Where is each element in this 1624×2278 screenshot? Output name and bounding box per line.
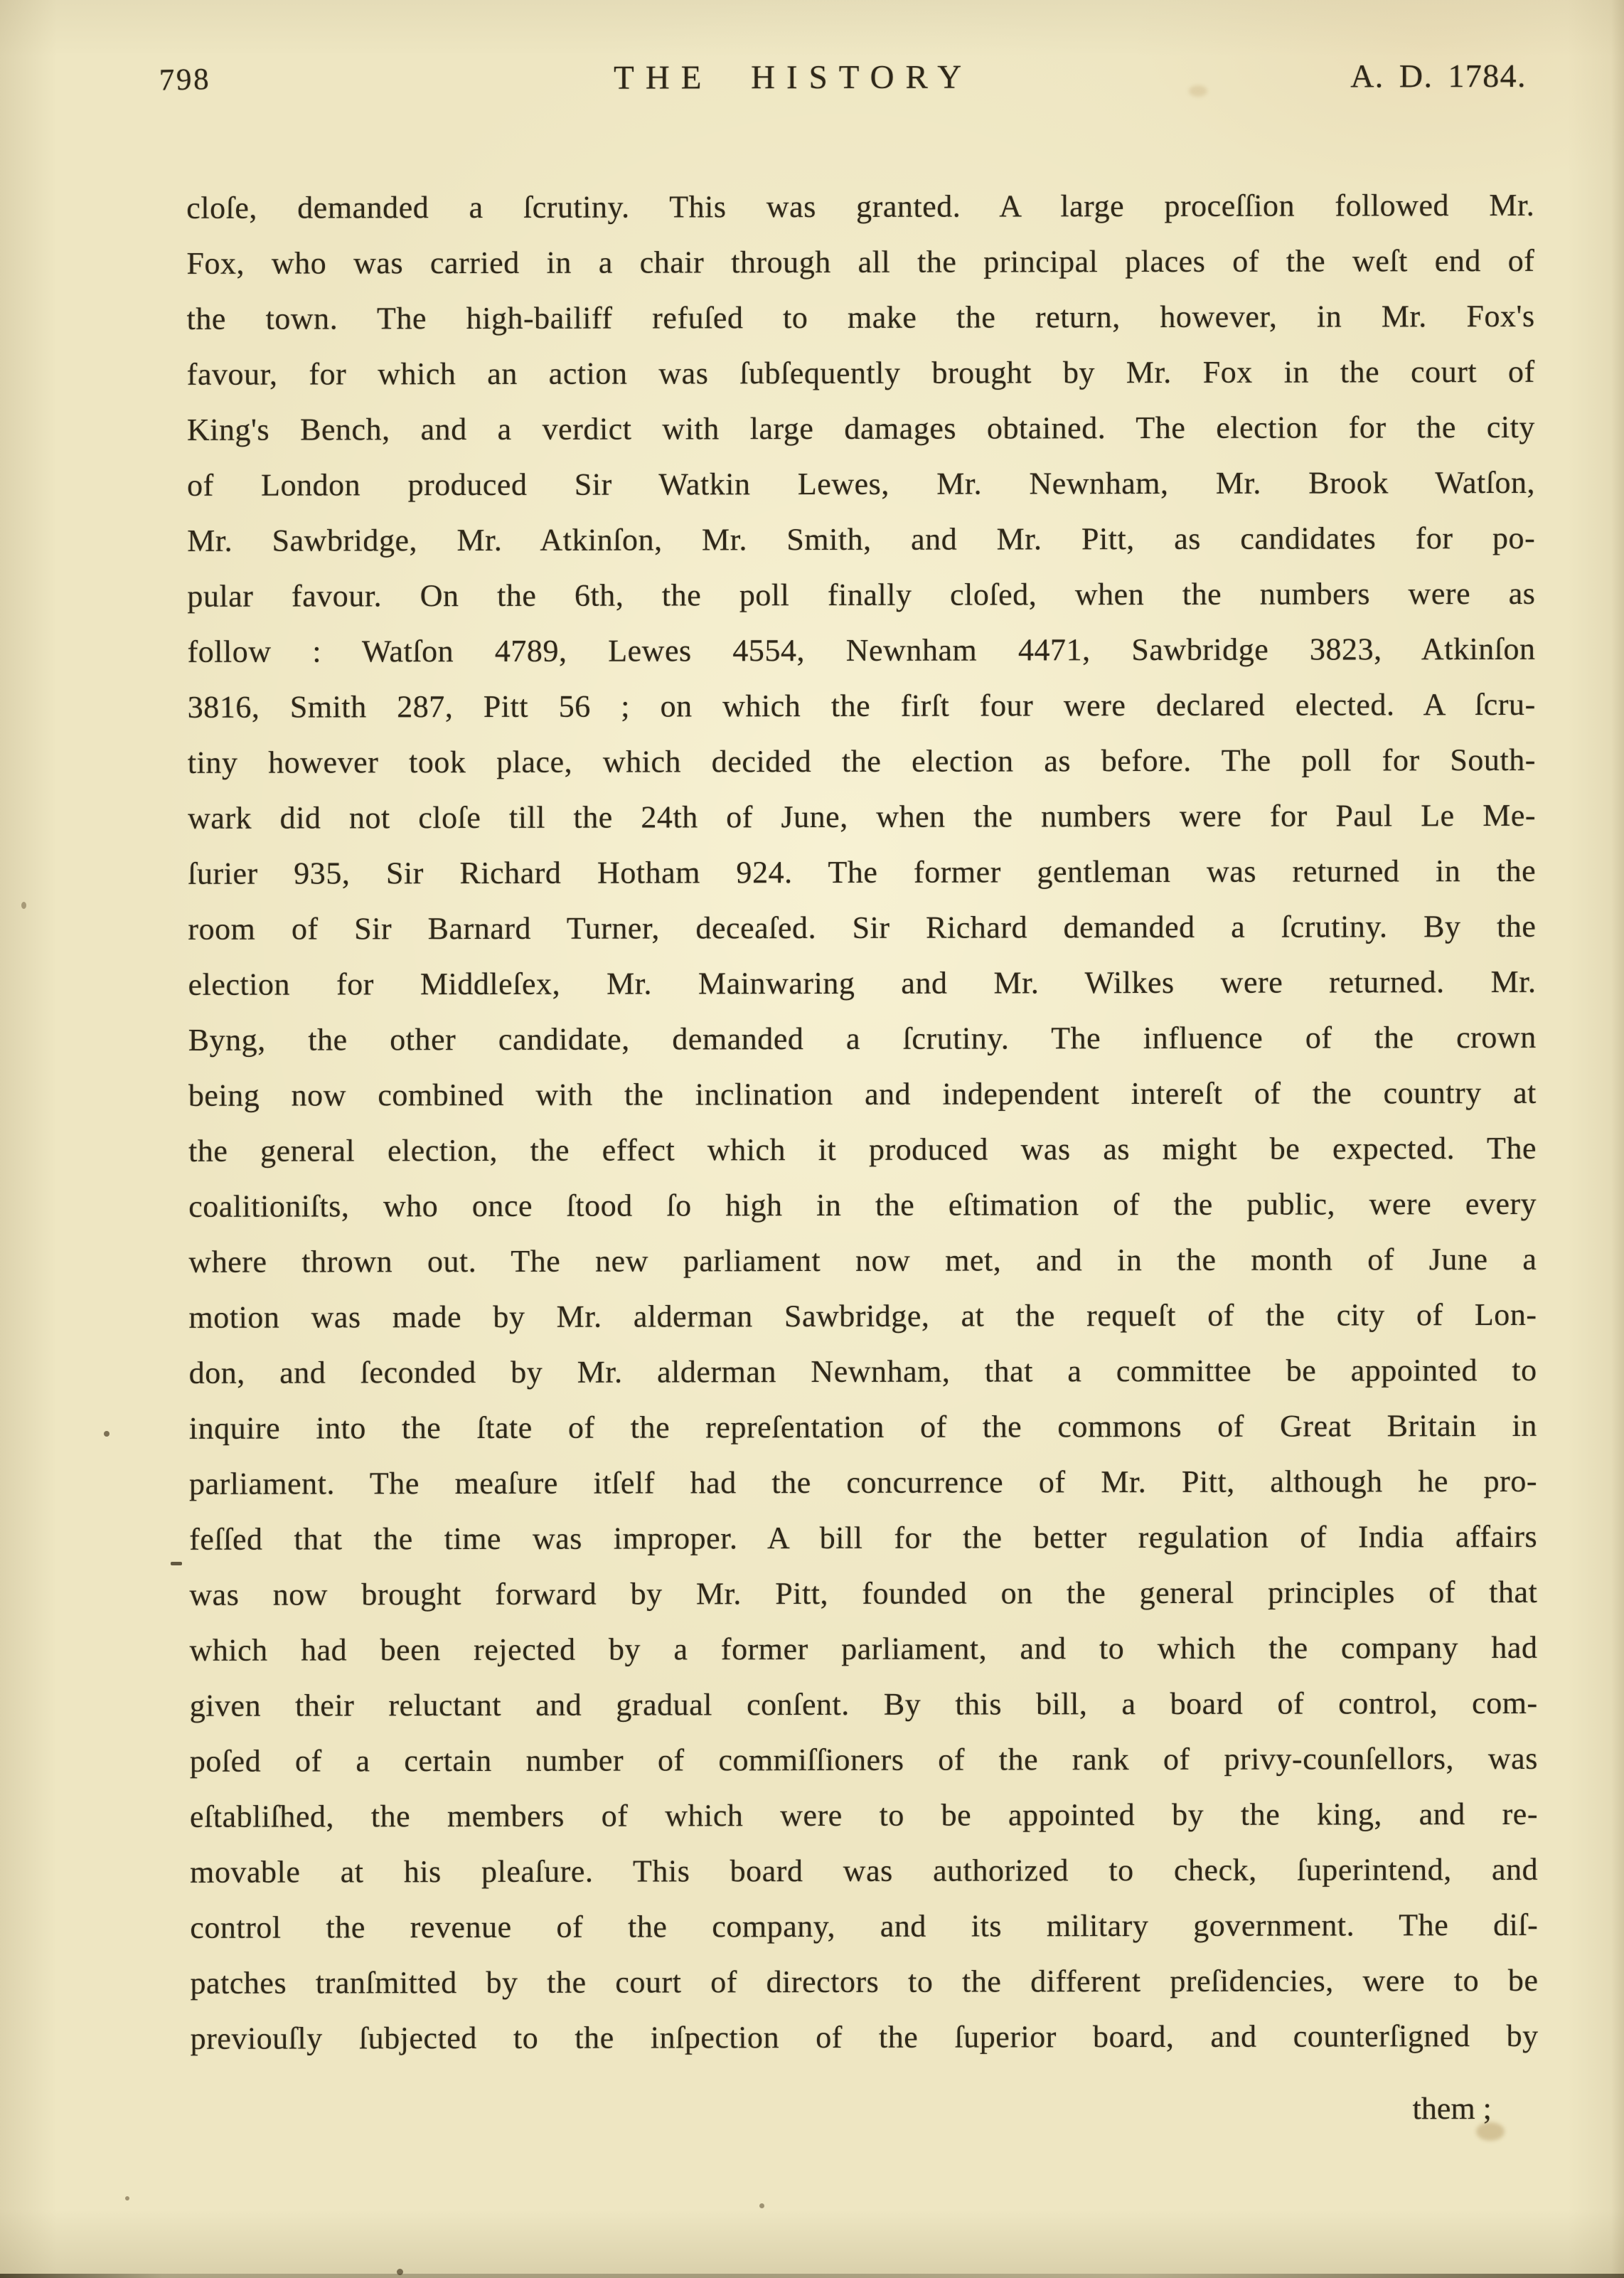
body-text-line: poſed of a certain number of commiſſione… <box>190 1731 1538 1789</box>
body-text-line: election for Middleſex, Mr. Mainwaring a… <box>188 954 1536 1013</box>
body-text-line: which had been rejected by a former parl… <box>189 1620 1537 1678</box>
body-text-line: cloſe, demanded a ſcrutiny. This was gra… <box>186 178 1534 236</box>
body-text-line: the town. The high-bailiff refuſed to ma… <box>187 289 1535 347</box>
body-text-line: being now combined with the inclination … <box>188 1065 1537 1124</box>
body-text-line: favour, for which an action was ſubſeque… <box>187 344 1535 403</box>
body-text-line: Mr. Sawbridge, Mr. Atkinſon, Mr. Smith, … <box>187 511 1535 569</box>
body-text-line: 3816, Smith 287, Pitt 56 ; on which the … <box>188 677 1536 735</box>
scan-edge-shadow <box>1611 0 1624 2278</box>
page-number: 798 <box>159 62 210 98</box>
body-text-line: follow : Watſon 4789, Lewes 4554, Newnha… <box>187 622 1535 680</box>
page-content: 798 THE HISTORY A. D. 1784. cloſe, deman… <box>0 0 1624 2278</box>
body-text-line: of London produced Sir Watkin Lewes, Mr.… <box>187 455 1535 513</box>
scan-bottom-edge <box>0 2274 1624 2278</box>
body-text-line: tiny however took place, which decided t… <box>188 733 1536 791</box>
body-text-line: was now brought forward by Mr. Pitt, fou… <box>189 1565 1537 1623</box>
running-title: THE HISTORY <box>614 58 973 97</box>
catchword: them ; <box>1413 2091 1492 2126</box>
body-text-line: King's Bench, and a verdict with large d… <box>187 400 1535 458</box>
body-text-line: ſurier 935, Sir Richard Hotham 924. The … <box>188 843 1536 902</box>
body-text-line: parliament. The meaſure itſelf had the c… <box>189 1454 1537 1512</box>
book-page-scan: 798 THE HISTORY A. D. 1784. cloſe, deman… <box>0 0 1624 2278</box>
body-text-line: motion was made by Mr. alderman Sawbridg… <box>188 1287 1537 1346</box>
body-text-line: inquire into the ſtate of the repreſenta… <box>189 1398 1537 1457</box>
body-text-line: Fox, who was carried in a chair through … <box>186 233 1534 292</box>
page-header: 798 THE HISTORY A. D. 1784. <box>159 57 1527 105</box>
header-date: A. D. 1784. <box>1350 57 1527 95</box>
body-text-line: Byng, the other candidate, demanded a ſc… <box>188 1010 1537 1068</box>
body-text-block: cloſe, demanded a ſcrutiny. This was gra… <box>186 178 1539 2067</box>
catchword-line: them ; <box>1413 2081 1492 2136</box>
body-text-line: patches tranſmitted by the court of dire… <box>190 1953 1538 2011</box>
body-text-line: previouſly ſubjected to the inſpection o… <box>191 2008 1539 2067</box>
body-text-line: control the revenue of the company, and … <box>190 1898 1538 1956</box>
body-text-line: feſſed that the time was improper. A bil… <box>189 1509 1537 1568</box>
body-text-line: given their reluctant and gradual conſen… <box>190 1676 1538 1734</box>
body-text-line: pular favour. On the 6th, the poll final… <box>187 566 1535 624</box>
body-text-line: don, and ſeconded by Mr. alderman Newnha… <box>189 1343 1537 1401</box>
body-text-line: where thrown out. The new parliament now… <box>188 1232 1537 1290</box>
body-text-line: coalitioniſts, who once ſtood ſo high in… <box>188 1176 1537 1235</box>
body-text-line: eſtabliſhed, the members of which were t… <box>190 1787 1538 1845</box>
body-text-line: room of Sir Barnard Turner, deceaſed. Si… <box>188 899 1536 957</box>
body-text-line: movable at his pleaſure. This board was … <box>190 1842 1538 1900</box>
body-text-line: the general election, the effect which i… <box>188 1121 1537 1179</box>
body-text-line: wark did not cloſe till the 24th of June… <box>188 788 1536 846</box>
